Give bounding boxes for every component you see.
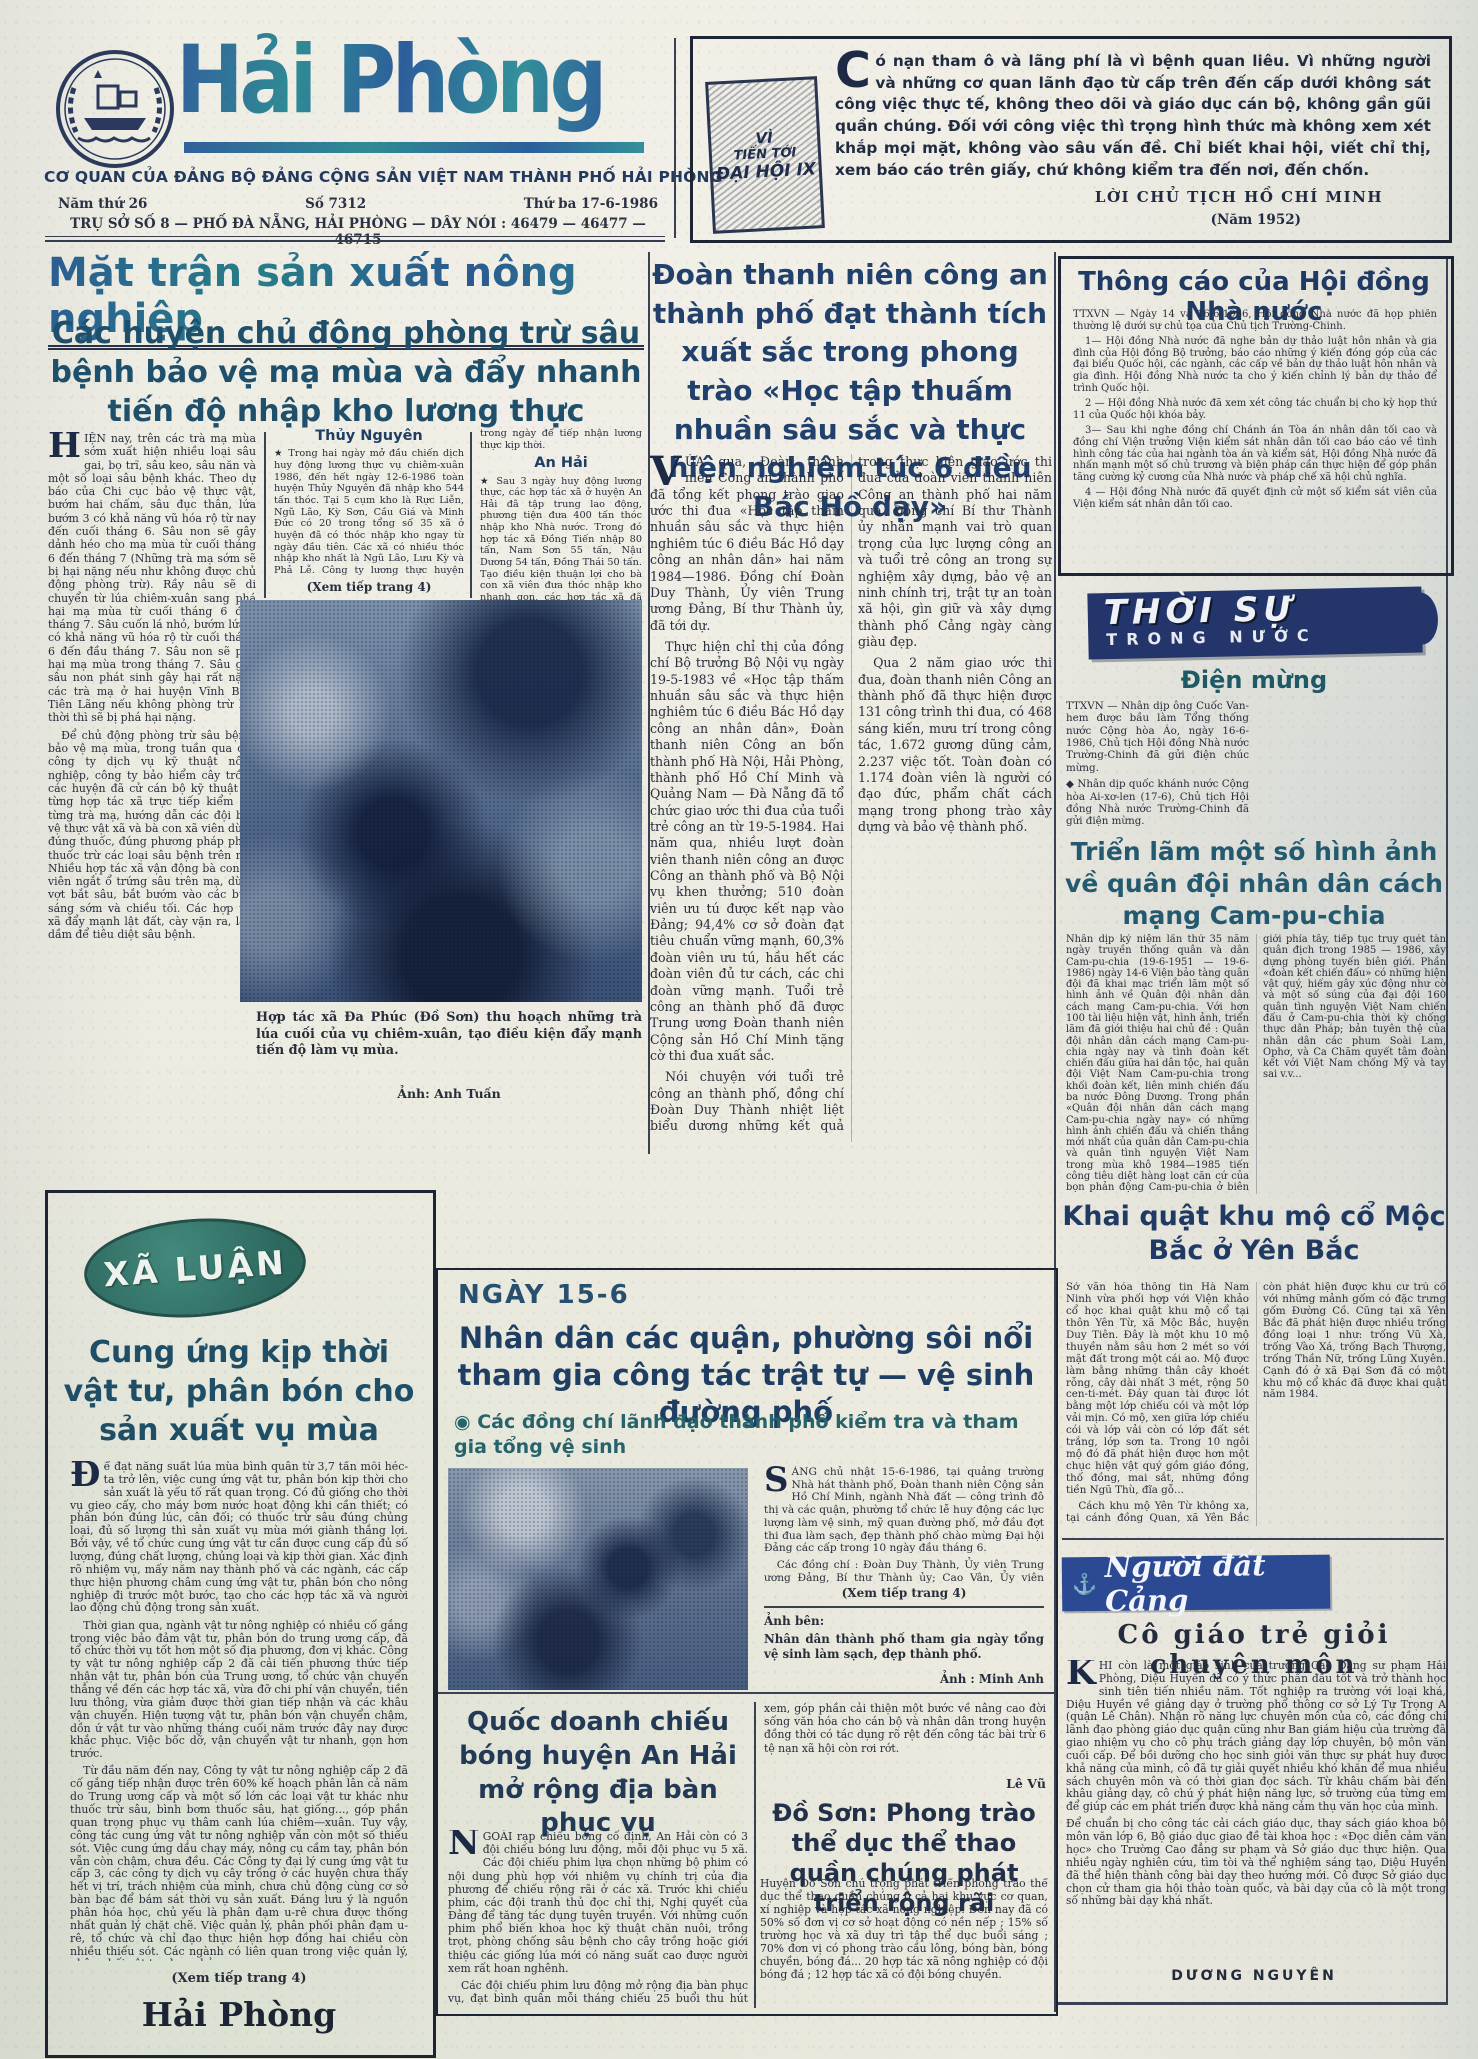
header-divider [674,38,676,238]
police-body: VỪA qua, Đoàn thanh niên Công an thành p… [650,454,1052,1142]
photo-credit: Ảnh: Anh Tuấn [256,1086,642,1101]
column-rule [264,432,266,598]
paragraph: 1— Hội đồng Nhà nước đã nghe bản dự thảo… [1073,336,1437,394]
subhead-thuy-nguyen: Thủy Nguyên [274,428,464,445]
issue-year: Năm thứ 26 [58,196,147,212]
agri-headline: Các huyện chủ động phòng trừ sâu bệnh bả… [48,314,644,431]
column-rule [470,432,472,598]
exhibition-headline: Triển lãm một số hình ảnh về quân đội nh… [1062,836,1446,932]
editorial-headline: Cung ứng kịp thời vật tư, phân bón cho s… [58,1333,420,1450]
paragraph: trong ngày để tiếp nhận lương thực kịp t… [480,428,642,451]
paragraph: Thời gian qua, ngành vật tư nông nghiệp … [70,1620,408,1761]
photo-caption: Hợp tác xã Đa Phúc (Đồ Sơn) thu hoạch nh… [256,1010,642,1060]
teacher-body: KHI còn là một giáo sinh của trường Cao … [1066,1660,1446,1964]
stamp-line: ĐẠI HỘI IX [715,159,816,184]
paragraph: HIỆN nay, trên các trà mạ mùa sớm xuất h… [48,432,256,725]
masthead-title: Hải Phòng [176,26,606,146]
stamp-line: VÌ [755,128,773,147]
masthead-tagline: CƠ QUAN CỦA ĐẢNG BỘ ĐẢNG CỘNG SẢN VIỆT N… [44,168,666,186]
photo-caption: Nhân dân thành phố tham gia ngày tổng vệ… [764,1632,1044,1661]
paragraph: Từ đầu năm đến nay, Công ty vật tư nông … [70,1765,408,1961]
bottom-rule [1058,2002,1448,2005]
cleanup-body: SÁNG chủ nhật 15-6-1986, tại quảng trườn… [764,1466,1044,1584]
office-address: TRỤ SỞ SỐ 8 — PHỐ ĐÀ NẴNG, HẢI PHÒNG — D… [58,216,658,248]
excavation-body: Sở văn hóa thông tin Hà Nam Ninh vừa phố… [1066,1282,1446,1526]
quote-year: (Năm 1952) [1211,212,1301,228]
cleanup-subheadline: Các đồng chí lãnh đạo thành phố kiểm tra… [454,1411,1019,1458]
paragraph: NGOÀI rạp chiếu bóng cố định, An Hải còn… [448,1830,748,1975]
paragraph: Nhân dịp kỷ niệm lần thứ 35 năm ngày tru… [1066,934,1446,1194]
banner-text: Người đất Cảng [1105,1548,1331,1618]
anchor-icon: ⚓ [1072,1572,1097,1596]
header-rule [45,236,665,242]
paragraph: 3— Sau khi nghe đồng chí Chánh án Tòa án… [1073,425,1437,483]
agri-column-3: trong ngày để tiếp nhận lương thực kịp t… [480,428,642,606]
paragraph: Để chuẩn bị cho công tác cải cách giáo d… [1066,1818,1446,1908]
paragraph: Để chủ động phòng trừ sâu bệnh, bảo vệ m… [48,729,256,942]
editorial-signature: Hải Phòng [70,1995,408,2034]
excavation-headline: Khai quật khu mộ cổ Mộc Bắc ở Yên Bắc [1062,1200,1446,1268]
paragraph: Huyện Đồ Sơn chú trọng phát triển phong … [760,1878,1048,1982]
section-divider [438,1692,1056,1694]
greetings-body: TTXVN — Nhân dịp ông Cuốc Van-hem được b… [1066,700,1446,832]
paragraph: VỪA qua, Đoàn thanh niên Công an thành p… [650,454,844,634]
cinema-signature: Lê Vũ [764,1776,1046,1791]
state-council-notice-box: Thông cáo của Hội đồng Nhà nước TTXVN — … [1058,256,1454,576]
paragraph: Qua 2 năm giao ước thi đua, đoàn thanh n… [858,655,1052,835]
quote-text: Có nạn tham ô và lãng phí là vì bệnh qua… [835,51,1431,181]
paragraph: 4 — Hội đồng Nhà nước đã quyết định cử m… [1073,487,1437,510]
issue-info-row: Năm thứ 26 Số 7312 Thứ ba 17-6-1986 [58,196,658,212]
cleanup-kicker: NGÀY 15-6 [458,1280,630,1310]
issue-number: Số 7312 [305,196,366,212]
photo-credit: Ảnh : Minh Anh [764,1672,1044,1686]
cinema-continuation: xem, góp phần cải thiện một bước về nâng… [764,1702,1046,1755]
bullet-icon [454,1411,477,1433]
agri-column-2: Thủy Nguyên ★ Trong hai ngày mở đầu chiế… [274,428,464,606]
sports-body: Huyện Đồ Sơn chú trọng phát triển phong … [760,1878,1048,2006]
paragraph: SÁNG chủ nhật 15-6-1986, tại quảng trườn… [764,1466,1044,1555]
column-rule [754,1702,756,2008]
continued-note: (Xem tiếp trang 4) [70,1971,408,1986]
photo-side-label: Ảnh bên: [764,1614,824,1628]
paragraph: KHI còn là một giáo sinh của trường Cao … [1066,1660,1446,1814]
greetings-title: Điện mừng [1062,666,1446,694]
paragraph: ★ Sau 3 ngày huy động lương thực, các hợ… [480,476,642,606]
masthead-underline-bar [184,142,644,153]
editorial-box: XÃ LUẬN Cung ứng kịp thời vật tư, phân b… [45,1190,436,2058]
continued-note: (Xem tiếp trang 4) [274,580,464,594]
divider [1062,1538,1444,1540]
paragraph: Sở văn hóa thông tin Hà Nam Ninh vừa phố… [1066,1282,1249,1497]
issue-date: Thứ ba 17-6-1986 [524,196,658,212]
cinema-body: NGOÀI rạp chiếu bóng cố định, An Hải còn… [448,1830,748,2006]
paragraph: Để đạt năng suất lúa mùa bình quân từ 3,… [70,1461,408,1615]
congress-stamp: VÌ TIẾN TỚI ĐẠI HỘI IX [705,76,825,234]
domestic-news-banner: THỜI SỰ TRONG NƯỚC [1087,587,1422,660]
paragraph: TTXVN — Ngày 14 và 16-6-1986, Hội đồng N… [1073,309,1437,332]
paragraph: 2 — Hội đồng Nhà nước đã xem xét công tá… [1073,398,1437,421]
editorial-badge: XÃ LUẬN [81,1211,309,1324]
paragraph: Các đội chiếu phim lưu động mở rộng địa … [448,1979,748,2006]
newspaper-page: Hải Phòng CƠ QUAN CỦA ĐẢNG BỘ ĐẢNG CỘNG … [0,0,1478,2059]
paragraph: Các đồng chí : Đoàn Duy Thành, Ủy viên T… [764,1559,1044,1584]
masthead-emblem [54,48,176,170]
photo-harvest [240,600,642,1002]
paragraph: ★ Trong hai ngày mở đầu chiến dịch huy đ… [274,448,464,576]
cinema-headline: Quốc doanh chiếu bóng huyện An Hải mở rộ… [448,1706,748,1841]
paragraph: ◆ Nhân dịp quốc khánh nước Cộng hòa Ai-x… [1066,778,1249,827]
banner-decoration [1403,592,1438,645]
port-people-banner: ⚓ Người đất Cảng [1062,1555,1331,1612]
divider [764,1606,1044,1608]
paragraph: TTXVN — Nhân dịp ông Cuốc Van-hem được b… [1066,700,1249,774]
quote-attribution: LỜI CHỦ TỊCH HỒ CHÍ MINH [1095,188,1383,206]
paragraph: Thực hiện chỉ thị của đồng chí Bộ trưởng… [650,639,844,1064]
exhibition-body: Nhân dịp kỷ niệm lần thứ 35 năm ngày tru… [1066,934,1446,1194]
notice-body: TTXVN — Ngày 14 và 16-6-1986, Hội đồng N… [1073,309,1437,563]
continued-note: (Xem tiếp trang 4) [764,1586,1044,1600]
photo-street-cleaning [448,1468,748,1690]
ho-chi-minh-quote-box: VÌ TIẾN TỚI ĐẠI HỘI IX Có nạn tham ô và … [690,36,1452,243]
editorial-body: Để đạt năng suất lúa mùa bình quân từ 3,… [70,1461,408,1961]
subhead-an-hai: An Hải [480,455,642,472]
teacher-signature: DƯƠNG NGUYÊN [1062,1968,1446,1984]
street-cleanup-box: NGÀY 15-6 Nhân dân các quận, phường sôi … [436,1268,1058,2016]
agri-column-1: HIỆN nay, trên các trà mạ mùa sớm xuất h… [48,432,256,1156]
